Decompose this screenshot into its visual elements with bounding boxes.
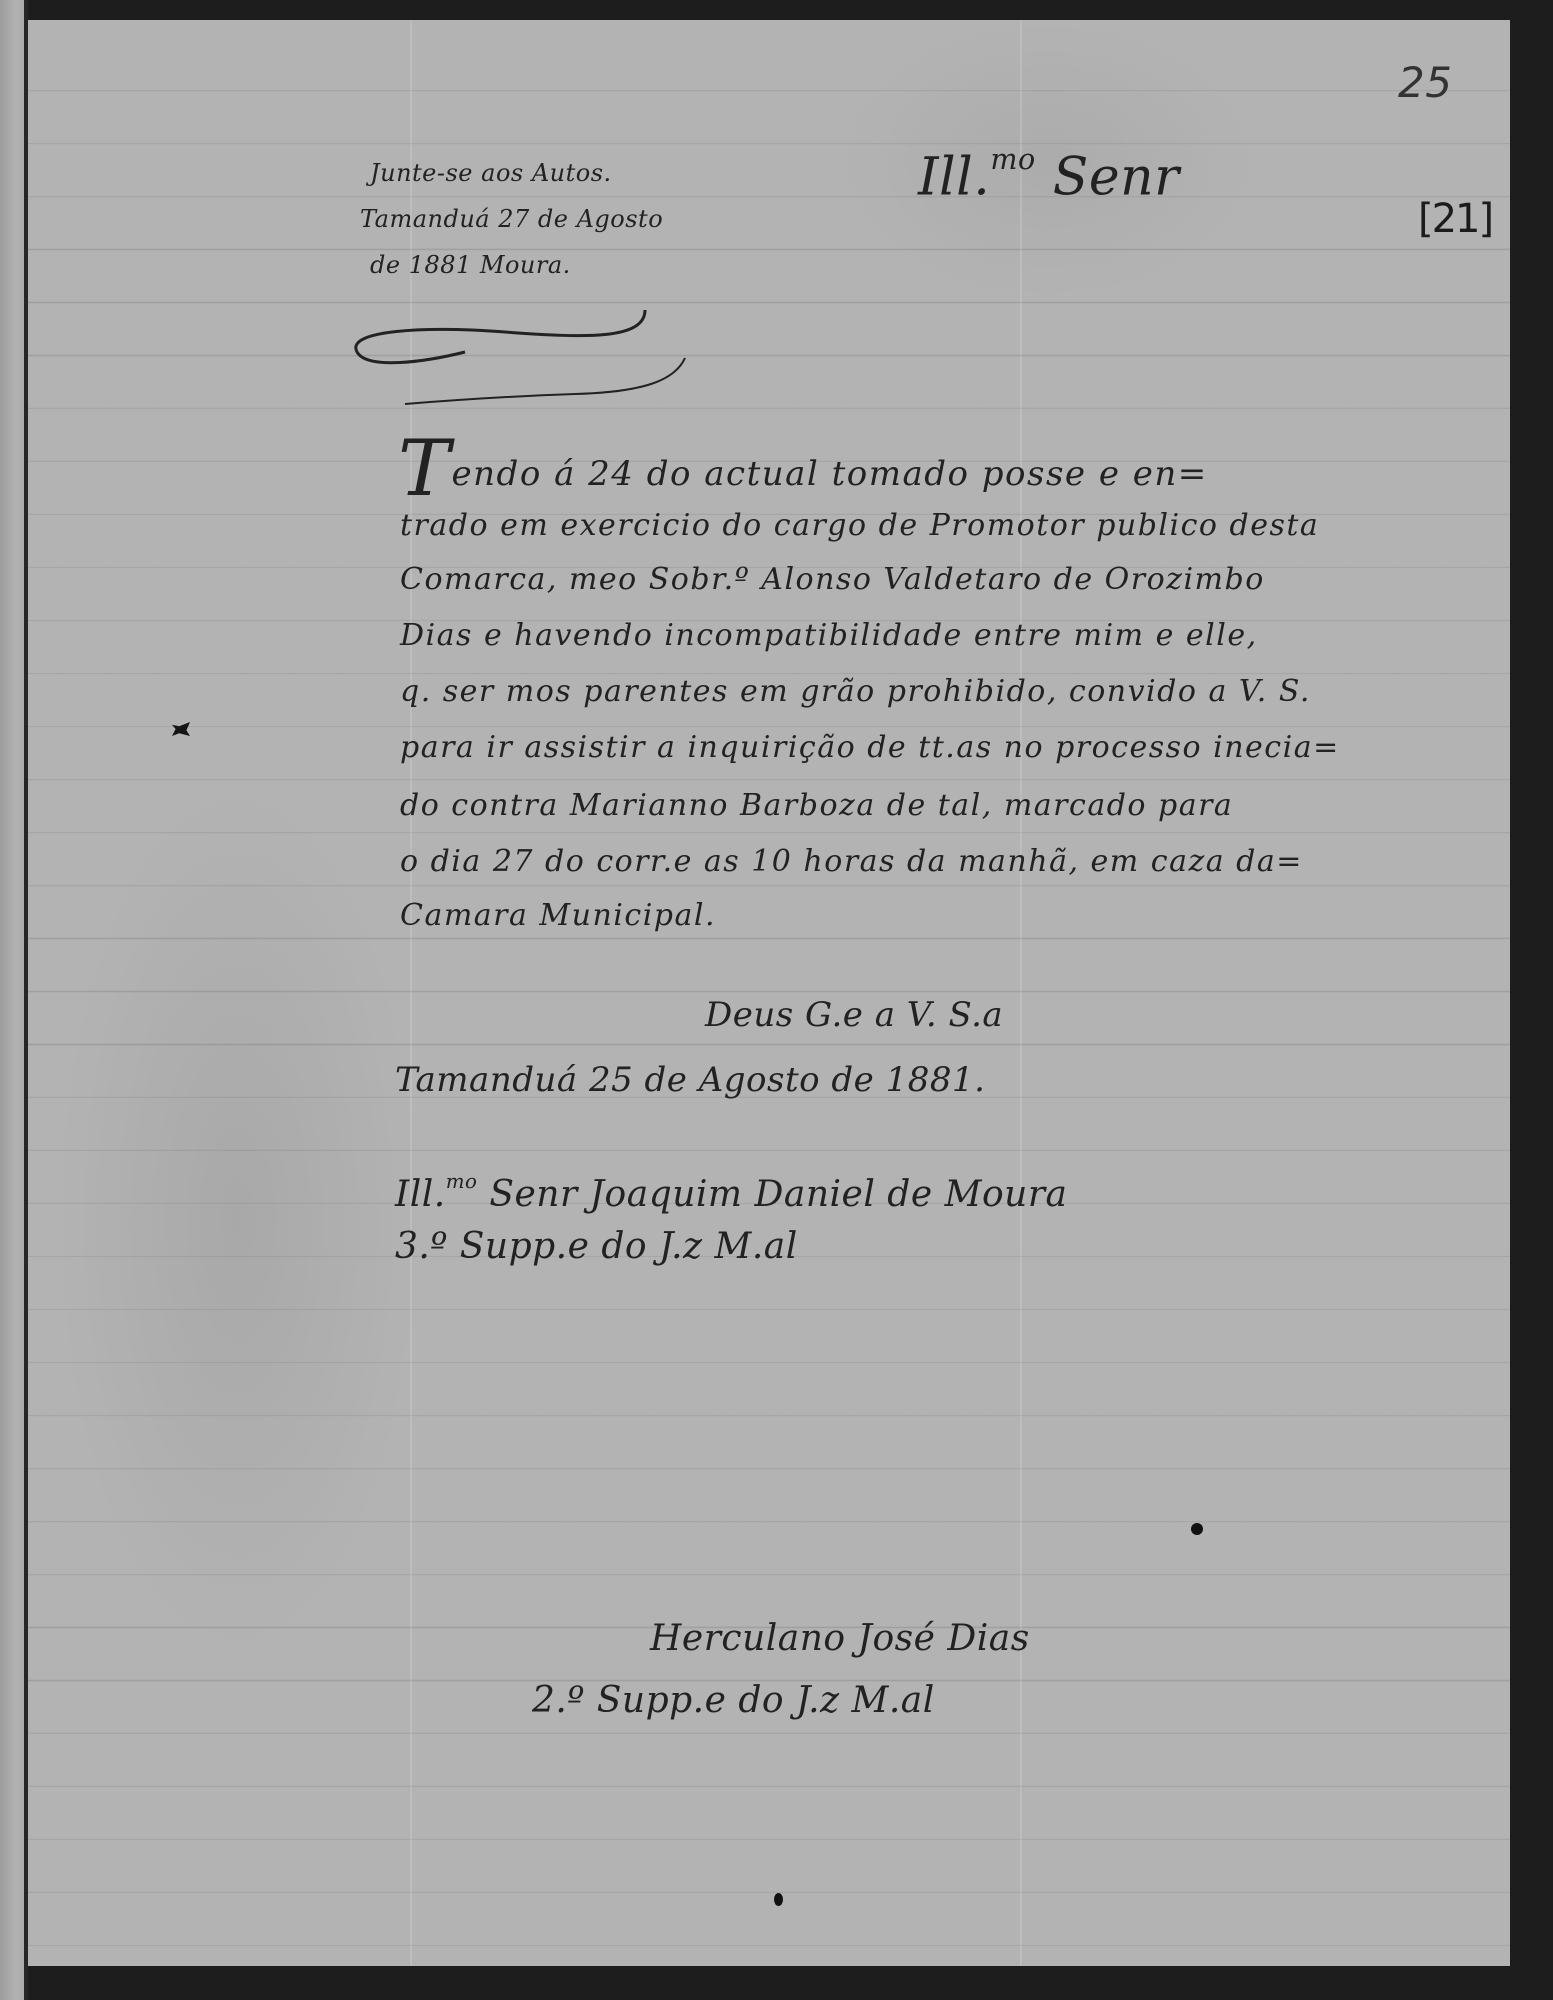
salutation-heading: Ill.mo Senr	[918, 142, 1179, 208]
drop-cap: T	[398, 424, 452, 514]
marginal-note: Junte-se aos Autos. Tamanduá 27 de Agost…	[370, 150, 663, 288]
place-and-date: Tamanduá 25 de Agosto de 1881.	[395, 1060, 985, 1100]
body-line: Dias e havendo incompatibilidade entre m…	[400, 618, 1258, 653]
body-line: Comarca, meo Sobr.º Alonso Valdetaro de …	[400, 562, 1265, 597]
folio-number: 25	[1398, 58, 1452, 107]
archive-number: [21]	[1418, 196, 1492, 242]
manuscript-page	[28, 20, 1510, 1966]
body-line: do contra Marianno Barboza de tal, marca…	[400, 788, 1233, 823]
ink-dot	[774, 1893, 783, 1906]
closing-formula: Deus G.e a V. S.a	[705, 995, 1003, 1035]
body-line: Tendo á 24 do actual tomado posse e en=	[398, 430, 1208, 508]
paper-fold-line	[1020, 20, 1022, 1966]
marginal-note-line: Junte-se aos Autos.	[370, 150, 663, 196]
marginal-note-line: Tamanduá 27 de Agosto	[360, 196, 663, 242]
previous-sheet-edge	[0, 0, 26, 2000]
signature-name: Herculano José Dias	[650, 1618, 1030, 1659]
signature-title: 2.º Supp.e do J.z M.al	[532, 1680, 935, 1721]
body-line: para ir assistir a inquirição de tt.as n…	[400, 730, 1340, 765]
marginal-note-line: de 1881 Moura.	[370, 242, 663, 288]
ink-dot	[1191, 1523, 1203, 1535]
flourish-ornament	[345, 300, 705, 410]
document-scan: 25 [21] Junte-se aos Autos. Tamanduá 27 …	[0, 0, 1553, 2000]
body-line: o dia 27 do corr.e as 10 horas da manhã,…	[400, 844, 1303, 879]
body-line: trado em exercicio do cargo de Promotor …	[400, 508, 1319, 543]
body-line: q. ser mos parentes em grão prohibido, c…	[400, 674, 1311, 709]
addressee-name: Ill.mo Senr Joaquim Daniel de Moura	[395, 1170, 1068, 1215]
addressee-title: 3.º Supp.e do J.z M.al	[395, 1226, 798, 1267]
body-line: Camara Municipal.	[400, 898, 716, 933]
